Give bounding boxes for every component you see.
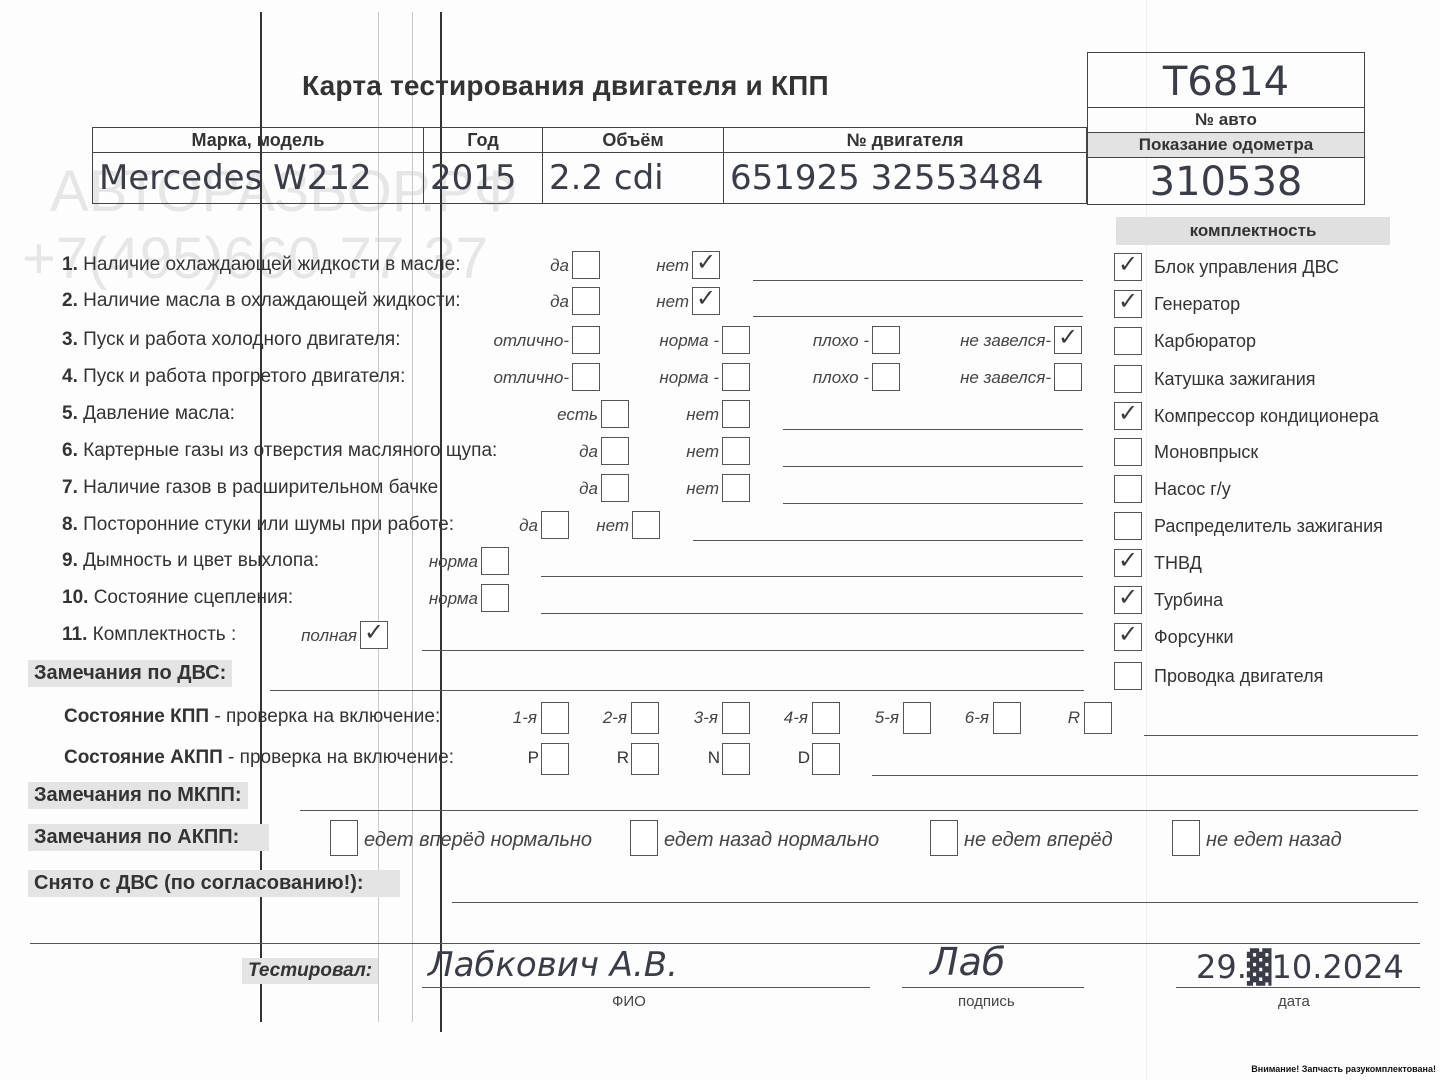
gear-label: R: [1068, 708, 1080, 728]
option-label: да: [579, 442, 598, 462]
gear-checkbox[interactable]: [722, 743, 750, 775]
akpp-remark-checkbox[interactable]: [930, 820, 958, 856]
completeness-checkbox[interactable]: ✓: [1114, 549, 1142, 577]
gear-checkbox[interactable]: [993, 702, 1021, 734]
remarks-auto-label: Замечания по АКПП:: [28, 824, 269, 851]
tester-name-value: Лабкович А.В.: [428, 945, 678, 985]
gear-label: N: [708, 748, 720, 768]
notes-line[interactable]: [422, 650, 1084, 651]
option-checkbox[interactable]: ✓: [1054, 326, 1082, 354]
completeness-item-label: Моновпрыск: [1154, 442, 1258, 463]
completeness-checkbox[interactable]: ✓: [1114, 402, 1142, 430]
check-mark-icon: ✓: [1118, 620, 1138, 648]
check-row-label: 6. Картерные газы из отверстия масляного…: [62, 440, 497, 462]
option-label: норма -: [659, 368, 719, 388]
option-label: да: [579, 479, 598, 499]
removed-label-text: Снято с ДВС (по согласованию!):: [34, 872, 364, 894]
date-value: 29.▓10.2024: [1196, 948, 1404, 986]
odometer-label: Показание одометра: [1088, 133, 1364, 158]
manual-gearbox-label-bold: Состояние КПП: [64, 706, 209, 727]
completeness-checkbox[interactable]: ✓: [1114, 586, 1142, 614]
date-line[interactable]: [1176, 987, 1420, 988]
notes-line[interactable]: [753, 280, 1083, 281]
check-row-number: 3.: [62, 329, 83, 350]
check-row-text: Давление масла:: [83, 403, 235, 424]
option-checkbox[interactable]: [722, 326, 750, 354]
check-row-label: 1. Наличие охлаждающей жидкости в масле:: [62, 254, 461, 276]
completeness-checkbox[interactable]: [1114, 662, 1142, 690]
make-model-value: Mercedes W212: [93, 153, 424, 204]
option-checkbox[interactable]: [481, 547, 509, 575]
notes-line[interactable]: [783, 503, 1083, 504]
name-caption: ФИО: [612, 993, 646, 1010]
check-row-text: Пуск и работа холодного двигателя:: [83, 329, 400, 350]
akpp-remark-label: не едет назад: [1206, 829, 1342, 852]
check-row-number: 11.: [62, 624, 93, 645]
notes-line[interactable]: [783, 429, 1083, 430]
check-row-label: 4. Пуск и работа прогретого двигателя:: [62, 366, 405, 388]
option-label: плохо -: [813, 331, 869, 351]
option-checkbox[interactable]: [481, 584, 509, 612]
check-row-number: 5.: [62, 403, 83, 424]
akpp-remark-label: едет назад нормально: [664, 829, 879, 852]
option-checkbox[interactable]: [572, 287, 600, 315]
completeness-checkbox[interactable]: ✓: [1114, 253, 1142, 281]
gear-label: P: [528, 748, 539, 768]
signature-line[interactable]: [902, 987, 1084, 988]
option-label: отлично-: [493, 368, 569, 388]
volume-value: 2.2 cdi: [543, 153, 724, 204]
check-row-label: 10. Состояние сцепления:: [62, 587, 293, 609]
option-label: нет: [686, 442, 719, 462]
notes-line[interactable]: [693, 540, 1083, 541]
divider: [30, 943, 1420, 944]
auto-gearbox-notes-line[interactable]: [872, 775, 1418, 776]
option-checkbox[interactable]: ✓: [692, 251, 720, 279]
option-label: плохо -: [813, 368, 869, 388]
akpp-remark-label: едет вперёд нормально: [364, 829, 592, 852]
option-label: нет: [596, 516, 629, 536]
tested-by-label: Тестировал:: [242, 958, 378, 984]
remarks-manual-line[interactable]: [300, 810, 1418, 811]
option-label: норма: [429, 552, 478, 572]
check-row-number: 7.: [62, 477, 83, 498]
auto-gearbox-label: Состояние АКПП - проверка на включение:: [64, 747, 454, 769]
check-mark-icon: ✓: [364, 618, 384, 646]
check-row-text: Дымность и цвет выхлопа:: [83, 550, 319, 571]
check-mark-icon: ✓: [1118, 399, 1138, 427]
engine-no-value: 651925 32553484: [724, 153, 1087, 204]
option-label: есть: [557, 405, 598, 425]
check-mark-icon: ✓: [696, 284, 716, 312]
akpp-remark-checkbox[interactable]: [1172, 820, 1200, 856]
completeness-item-label: Катушка зажигания: [1154, 369, 1316, 390]
remarks-ice-label: Замечания по ДВС:: [28, 660, 232, 687]
option-checkbox[interactable]: [1054, 363, 1082, 391]
option-checkbox[interactable]: [601, 437, 629, 465]
option-checkbox[interactable]: [632, 511, 660, 539]
option-label: нет: [656, 292, 689, 312]
gear-checkbox[interactable]: [812, 702, 840, 734]
check-mark-icon: ✓: [1118, 546, 1138, 574]
notes-line[interactable]: [541, 613, 1083, 614]
check-mark-icon: ✓: [1118, 287, 1138, 315]
option-label: не завелся-: [960, 368, 1051, 388]
option-label: отлично-: [493, 331, 569, 351]
check-mark-icon: ✓: [1058, 323, 1078, 351]
option-label: да: [519, 516, 538, 536]
name-line[interactable]: [422, 987, 870, 988]
option-checkbox[interactable]: [601, 474, 629, 502]
gear-checkbox[interactable]: [631, 743, 659, 775]
check-mark-icon: ✓: [1118, 250, 1138, 278]
option-checkbox[interactable]: [872, 363, 900, 391]
vehicle-info-table: Марка, модель Год Объём № двигателя Merc…: [92, 127, 1087, 204]
completeness-item-label: Генератор: [1154, 294, 1240, 315]
option-checkbox[interactable]: [541, 511, 569, 539]
option-checkbox[interactable]: [572, 326, 600, 354]
check-row-text: Комплектность :: [93, 624, 237, 645]
date-caption: дата: [1278, 993, 1310, 1010]
check-row-text: Наличие масла в охлаждающей жидкости:: [83, 290, 460, 311]
check-row-text: Картерные газы из отверстия масляного щу…: [83, 440, 497, 461]
option-checkbox[interactable]: [722, 474, 750, 502]
gear-checkbox[interactable]: [903, 702, 931, 734]
footer-warning: Внимание! Запчасть разукомплектована!: [1251, 1064, 1436, 1074]
completeness-checkbox[interactable]: [1114, 475, 1142, 503]
option-checkbox[interactable]: [572, 363, 600, 391]
check-row-label: 5. Давление масла:: [62, 403, 235, 425]
auto-gearbox-label-bold: Состояние АКПП: [64, 747, 223, 768]
gear-label: 5-я: [875, 708, 899, 728]
completeness-title: комплектность: [1116, 217, 1390, 245]
gear-checkbox[interactable]: [631, 702, 659, 734]
completeness-checkbox[interactable]: [1114, 327, 1142, 355]
option-checkbox[interactable]: [722, 363, 750, 391]
akpp-remark-label: не едет вперёд: [964, 829, 1113, 852]
completeness-item-label: Проводка двигателя: [1154, 666, 1323, 687]
removed-label: Снято с ДВС (по согласованию!):: [28, 870, 400, 897]
option-label: не завелся-: [960, 331, 1051, 351]
akpp-remark-checkbox[interactable]: [330, 820, 358, 856]
notes-line[interactable]: [783, 466, 1083, 467]
option-checkbox[interactable]: [572, 251, 600, 279]
gear-label: 3-я: [694, 708, 718, 728]
notes-line[interactable]: [541, 576, 1083, 577]
completeness-checkbox[interactable]: [1114, 512, 1142, 540]
removed-line[interactable]: [452, 902, 1418, 903]
check-mark-icon: ✓: [696, 248, 716, 276]
gear-checkbox[interactable]: [541, 743, 569, 775]
manual-gearbox-label: Состояние КПП - проверка на включение:: [64, 706, 440, 728]
completeness-item-label: Блок управления ДВС: [1154, 257, 1339, 278]
check-row-number: 2.: [62, 290, 83, 311]
remarks-manual-label: Замечания по МКПП:: [28, 782, 248, 809]
check-mark-icon: ✓: [1118, 583, 1138, 611]
manual-gearbox-notes-line[interactable]: [1144, 735, 1418, 736]
option-label: норма -: [659, 331, 719, 351]
gear-label: 4-я: [784, 708, 808, 728]
option-label: норма: [429, 589, 478, 609]
completeness-item-label: Распределитель зажигания: [1154, 516, 1383, 537]
col-year: Год: [424, 128, 543, 153]
check-row-number: 8.: [62, 514, 83, 535]
signature-value: Лаб: [930, 940, 1005, 984]
option-checkbox[interactable]: [722, 437, 750, 465]
remarks-ice-line[interactable]: [270, 690, 1084, 691]
notes-line[interactable]: [753, 316, 1083, 317]
col-engine-no: № двигателя: [724, 128, 1087, 153]
completeness-item-label: Карбюратор: [1154, 331, 1256, 352]
completeness-checkbox[interactable]: [1114, 365, 1142, 393]
completeness-item-label: ТНВД: [1154, 553, 1202, 574]
signature-caption: подпись: [958, 993, 1015, 1010]
gear-label: 1-я: [513, 708, 537, 728]
gear-checkbox[interactable]: [722, 702, 750, 734]
check-row-label: 8. Посторонние стуки или шумы при работе…: [62, 514, 454, 536]
gear-label: 6-я: [965, 708, 989, 728]
completeness-item-label: Насос г/у: [1154, 479, 1231, 500]
akpp-remark-checkbox[interactable]: [630, 820, 658, 856]
option-label: нет: [686, 405, 719, 425]
completeness-checkbox[interactable]: ✓: [1114, 290, 1142, 318]
check-row-number: 9.: [62, 550, 83, 571]
check-row-number: 6.: [62, 440, 83, 461]
check-row-text: Состояние сцепления:: [94, 587, 293, 608]
check-row-label: 2. Наличие масла в охлаждающей жидкости:: [62, 290, 461, 312]
option-checkbox[interactable]: [872, 326, 900, 354]
option-label: нет: [656, 256, 689, 276]
option-label: полная: [301, 626, 357, 646]
option-checkbox[interactable]: [601, 400, 629, 428]
col-volume: Объём: [543, 128, 724, 153]
gear-label: D: [798, 748, 810, 768]
odometer-value: 310538: [1088, 158, 1364, 204]
page-title: Карта тестирования двигателя и КПП: [302, 70, 829, 102]
gear-checkbox[interactable]: [812, 743, 840, 775]
check-row-text: Наличие охлаждающей жидкости в масле:: [83, 254, 460, 275]
option-label: да: [550, 292, 569, 312]
check-row-text: Наличие газов в расширительном бачке:: [83, 477, 443, 498]
check-row-label: 7. Наличие газов в расширительном бачке:: [62, 477, 444, 499]
check-row-number: 10.: [62, 587, 94, 608]
completeness-item-label: Турбина: [1154, 590, 1223, 611]
gear-label: R: [617, 748, 629, 768]
check-row-label: 9. Дымность и цвет выхлопа:: [62, 550, 319, 572]
option-checkbox[interactable]: [722, 400, 750, 428]
check-row-text: Пуск и работа прогретого двигателя:: [83, 366, 405, 387]
completeness-item-label: Форсунки: [1154, 627, 1234, 648]
car-no-value: T6814: [1088, 53, 1364, 108]
option-checkbox[interactable]: ✓: [692, 287, 720, 315]
check-row-text: Посторонние стуки или шумы при работе:: [83, 514, 454, 535]
car-no-label: № авто: [1088, 108, 1364, 133]
completeness-checkbox[interactable]: [1114, 438, 1142, 466]
year-value: 2015: [424, 153, 543, 204]
completeness-checkbox[interactable]: ✓: [1114, 623, 1142, 651]
gear-checkbox[interactable]: [541, 702, 569, 734]
completeness-item-label: Компрессор кондиционера: [1154, 406, 1379, 427]
option-label: да: [550, 256, 569, 276]
check-row-label: 3. Пуск и работа холодного двигателя:: [62, 329, 400, 351]
option-label: нет: [686, 479, 719, 499]
gear-checkbox[interactable]: [1084, 702, 1112, 734]
check-row-number: 4.: [62, 366, 83, 387]
check-row-label: 11. Комплектность :: [62, 624, 236, 646]
gear-label: 2-я: [603, 708, 627, 728]
col-make-model: Марка, модель: [93, 128, 424, 153]
car-info-box: T6814 № авто Показание одометра 310538: [1087, 52, 1365, 205]
option-checkbox[interactable]: ✓: [360, 621, 388, 649]
check-row-number: 1.: [62, 254, 83, 275]
